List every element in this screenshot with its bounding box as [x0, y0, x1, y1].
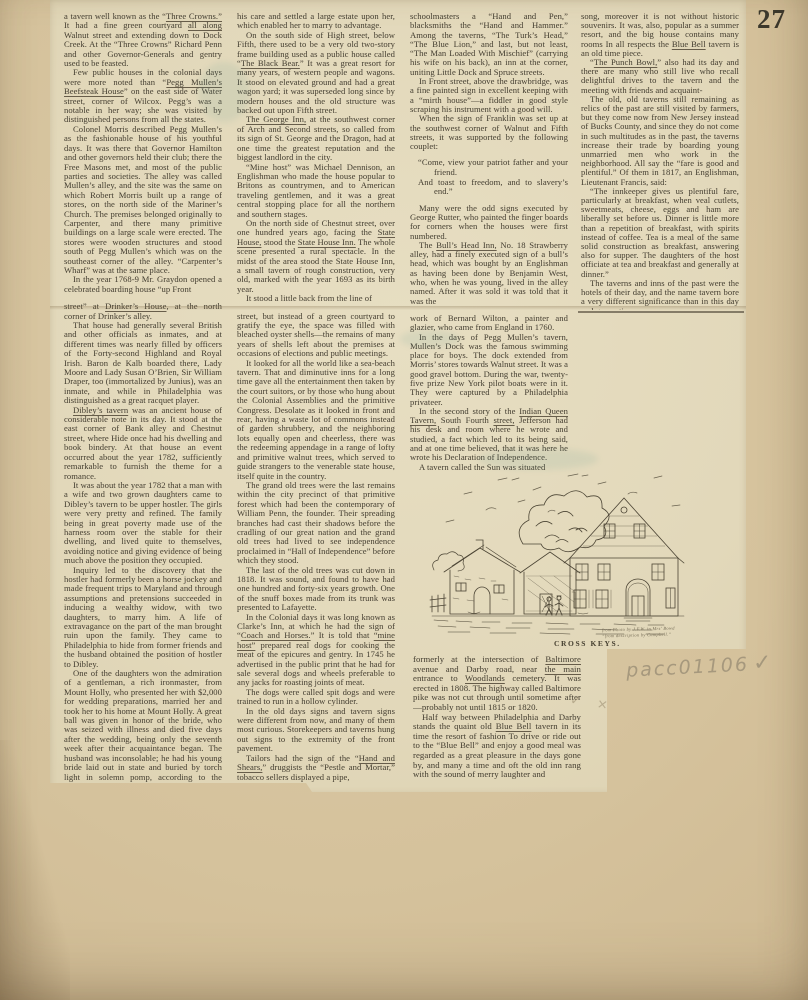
- tree: [519, 491, 609, 552]
- stone-shed: [444, 540, 520, 614]
- accession-annotation: pacc01106✓: [625, 650, 772, 683]
- figures: [545, 596, 563, 615]
- text-column-4: song, moreover it is not without histori…: [581, 12, 739, 310]
- accession-number: pacc01106: [626, 653, 750, 681]
- sky-strokes: [446, 474, 680, 522]
- illustration-caption: CROSS KEYS.: [554, 639, 621, 648]
- text-column-3: schoolmasters a “Hand and Pen,” blacksmi…: [410, 12, 568, 482]
- cross-keys-illustration: [428, 466, 688, 638]
- article-end-rule: [578, 311, 744, 313]
- text-column-2: his care and settled a large estate upon…: [237, 12, 395, 790]
- main-house: [564, 498, 684, 621]
- scrapbook-page: a tavern well known as the “Three Crowns…: [0, 0, 808, 1000]
- page-number: 27: [757, 4, 786, 35]
- checkmark: ✓: [752, 650, 772, 676]
- fence: [430, 594, 446, 612]
- text-column-3-continued: formerly at the intersection of Baltimor…: [413, 655, 581, 791]
- text-column-1: a tavern well known as the “Three Crowns…: [64, 12, 222, 782]
